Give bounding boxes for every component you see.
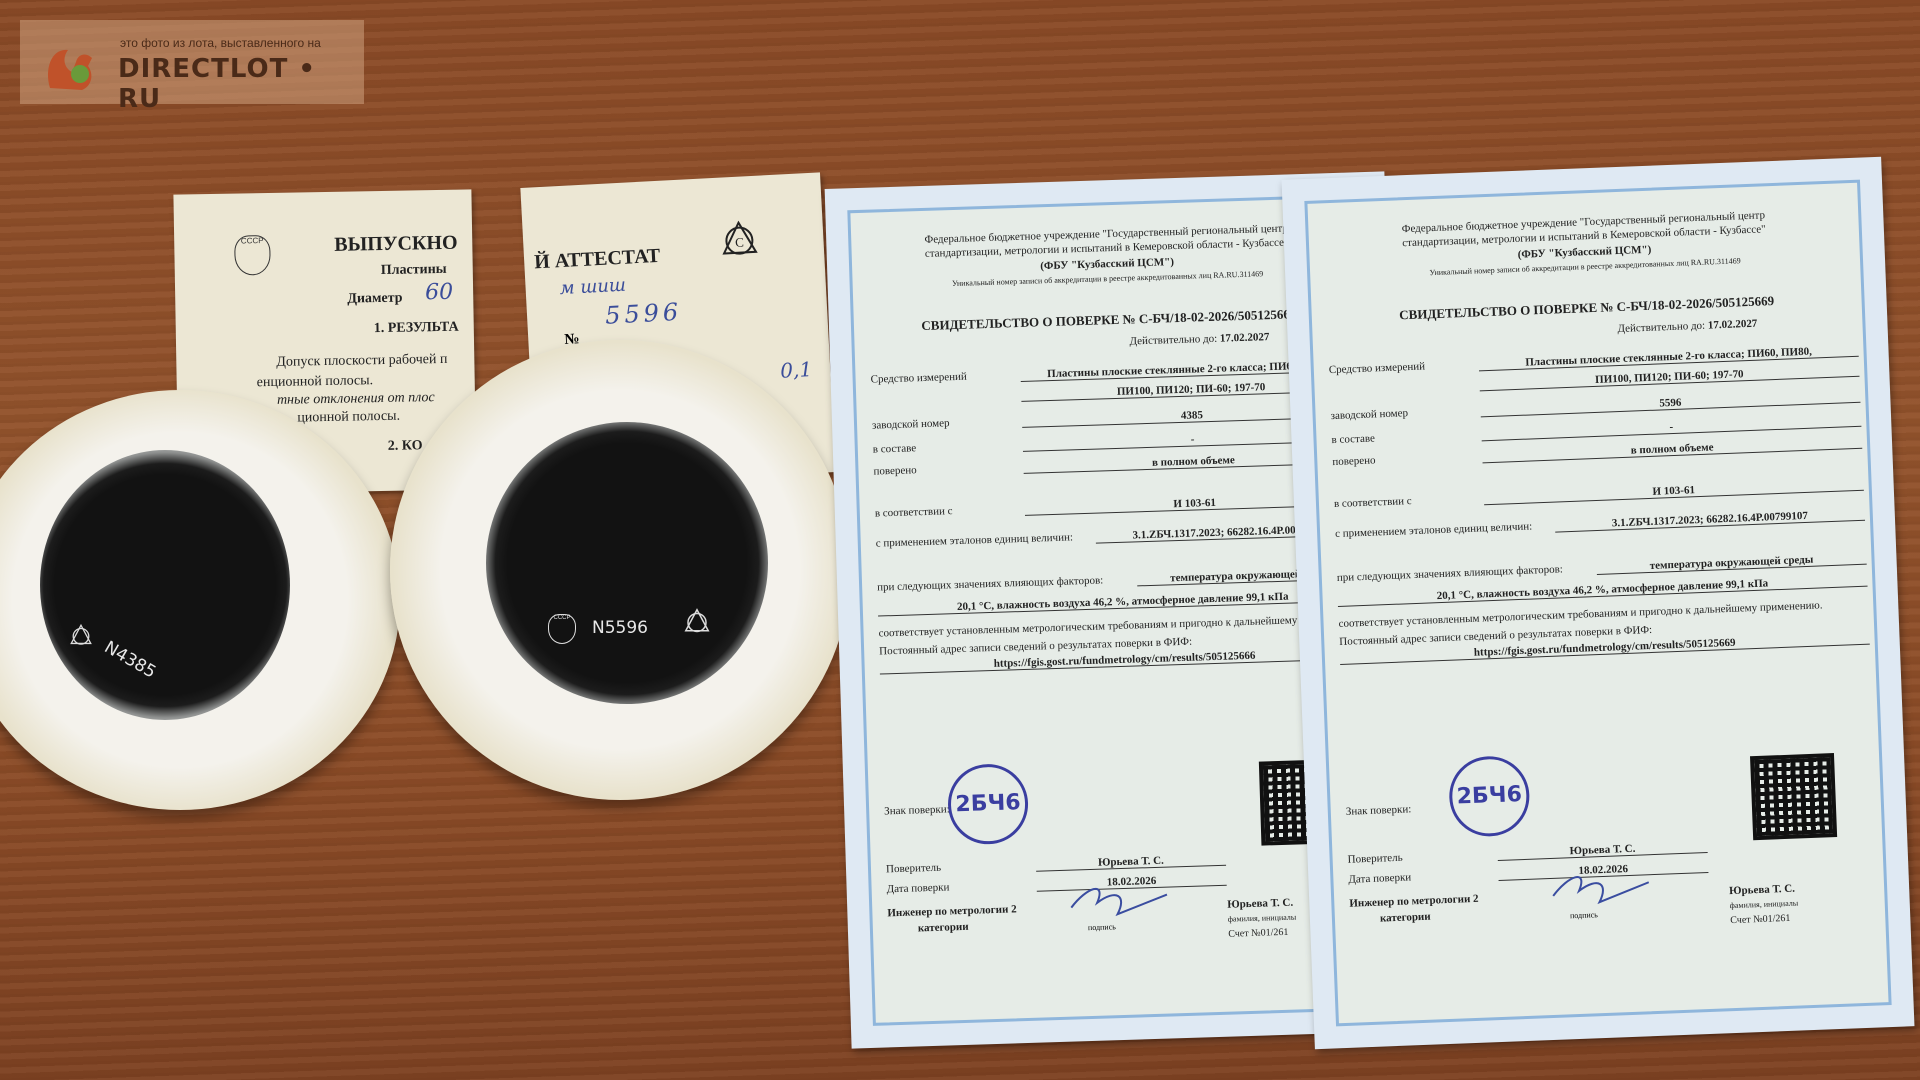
watermark-caption: это фото из лота, выставленного на	[120, 36, 321, 50]
svg-text:C: C	[735, 234, 744, 249]
quality-mark-icon	[682, 606, 712, 636]
optical-flat: N4385	[40, 450, 290, 720]
signature	[1548, 862, 1660, 912]
quality-mark-icon	[68, 622, 94, 648]
attestat-title: Й АТТЕСТАТ	[534, 245, 661, 275]
quality-mark-icon: C	[718, 218, 760, 260]
ussr-quality-icon: СССР	[548, 614, 576, 644]
optical-flat-case: СССР N5596	[390, 340, 850, 800]
optical-flat: СССР N5596	[486, 422, 768, 704]
signature	[1066, 874, 1177, 923]
watermark-banner: это фото из лота, выставленного на DIREC…	[20, 20, 364, 104]
ussr-quality-icon: СССР	[234, 235, 271, 276]
squirrel-icon	[42, 38, 102, 94]
verification-certificate: Федеральное бюджетное учреждение "Госуда…	[1282, 157, 1915, 1049]
passport-title: ВЫПУСКНО	[334, 232, 458, 257]
flat-engraving: N4385	[101, 637, 159, 682]
watermark-brand: DIRECTLOT • RU	[118, 54, 364, 114]
flat-engraving: N5596	[592, 618, 648, 638]
qr-code	[1754, 757, 1833, 836]
